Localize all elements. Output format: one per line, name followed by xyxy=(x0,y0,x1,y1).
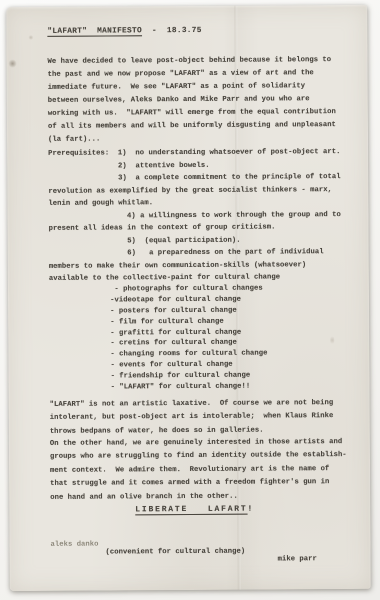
text-line: that struggle and it comes armed with a … xyxy=(50,476,347,491)
typewritten-content: "LAFART" MANIFESTO - 18.3.75 We have dec… xyxy=(6,5,371,591)
manifesto-page: "LAFART" MANIFESTO - 18.3.75 We have dec… xyxy=(6,5,371,591)
signature-mike-parr: mike parr xyxy=(278,555,317,563)
text-line: (la fart)... xyxy=(48,132,336,147)
liberate-text: LIBERATE LAFART xyxy=(135,505,247,515)
text-line: 4) a willingness to work through the gro… xyxy=(48,209,340,223)
text-line: of all its members and will be uniformly… xyxy=(48,119,336,134)
text-line: intolerant, but post-object art is intol… xyxy=(50,411,334,426)
title-separator: - xyxy=(142,27,167,35)
text-line: members to make their own communication-… xyxy=(49,259,341,273)
text-line: revolution as exemplified by the great s… xyxy=(48,184,340,198)
signature-subtitle: (convenient for cultural change) xyxy=(106,548,246,557)
text-line: - "LAFART" for cultural change!! xyxy=(50,382,268,394)
text-line: 3) a complete commitment to the principl… xyxy=(48,171,340,185)
text-line: - posters for cultural change xyxy=(49,305,267,317)
text-line: 6) a preparedness on the part of individ… xyxy=(49,246,341,260)
liberate-exclamation: ! xyxy=(247,505,254,514)
signature-aleks-danko: aleks danko xyxy=(50,541,98,549)
paragraph-intro: We have decided to leave post-object beh… xyxy=(48,54,337,147)
liberate-slogan: LIBERATE LAFART! xyxy=(135,505,254,515)
paragraph-prerequisites: Prerequisites: 1) no understanding whats… xyxy=(48,146,341,285)
text-line: - changing rooms for cultural change xyxy=(49,349,267,361)
document-title: "LAFART" MANIFESTO - 18.3.75 xyxy=(47,27,201,36)
title-date: 18.3.75 xyxy=(167,27,202,35)
paragraph-laxative: "LAFART" is not an artistic laxative. Of… xyxy=(50,397,334,439)
text-line: one hand and an olive branch in the othe… xyxy=(50,490,347,505)
text-line: Prerequisites: 1) no understanding whats… xyxy=(48,146,340,160)
paragraph-other-hand: On the other hand, we are genuinely inte… xyxy=(50,436,347,505)
title-text: "LAFART" MANIFESTO xyxy=(47,27,142,36)
signature-line: aleks danko (convenient for cultural cha… xyxy=(9,531,370,545)
cultural-change-list: - photographs for cultural changes -vide… xyxy=(49,284,268,394)
scan-background: "LAFART" MANIFESTO - 18.3.75 We have dec… xyxy=(0,0,380,600)
